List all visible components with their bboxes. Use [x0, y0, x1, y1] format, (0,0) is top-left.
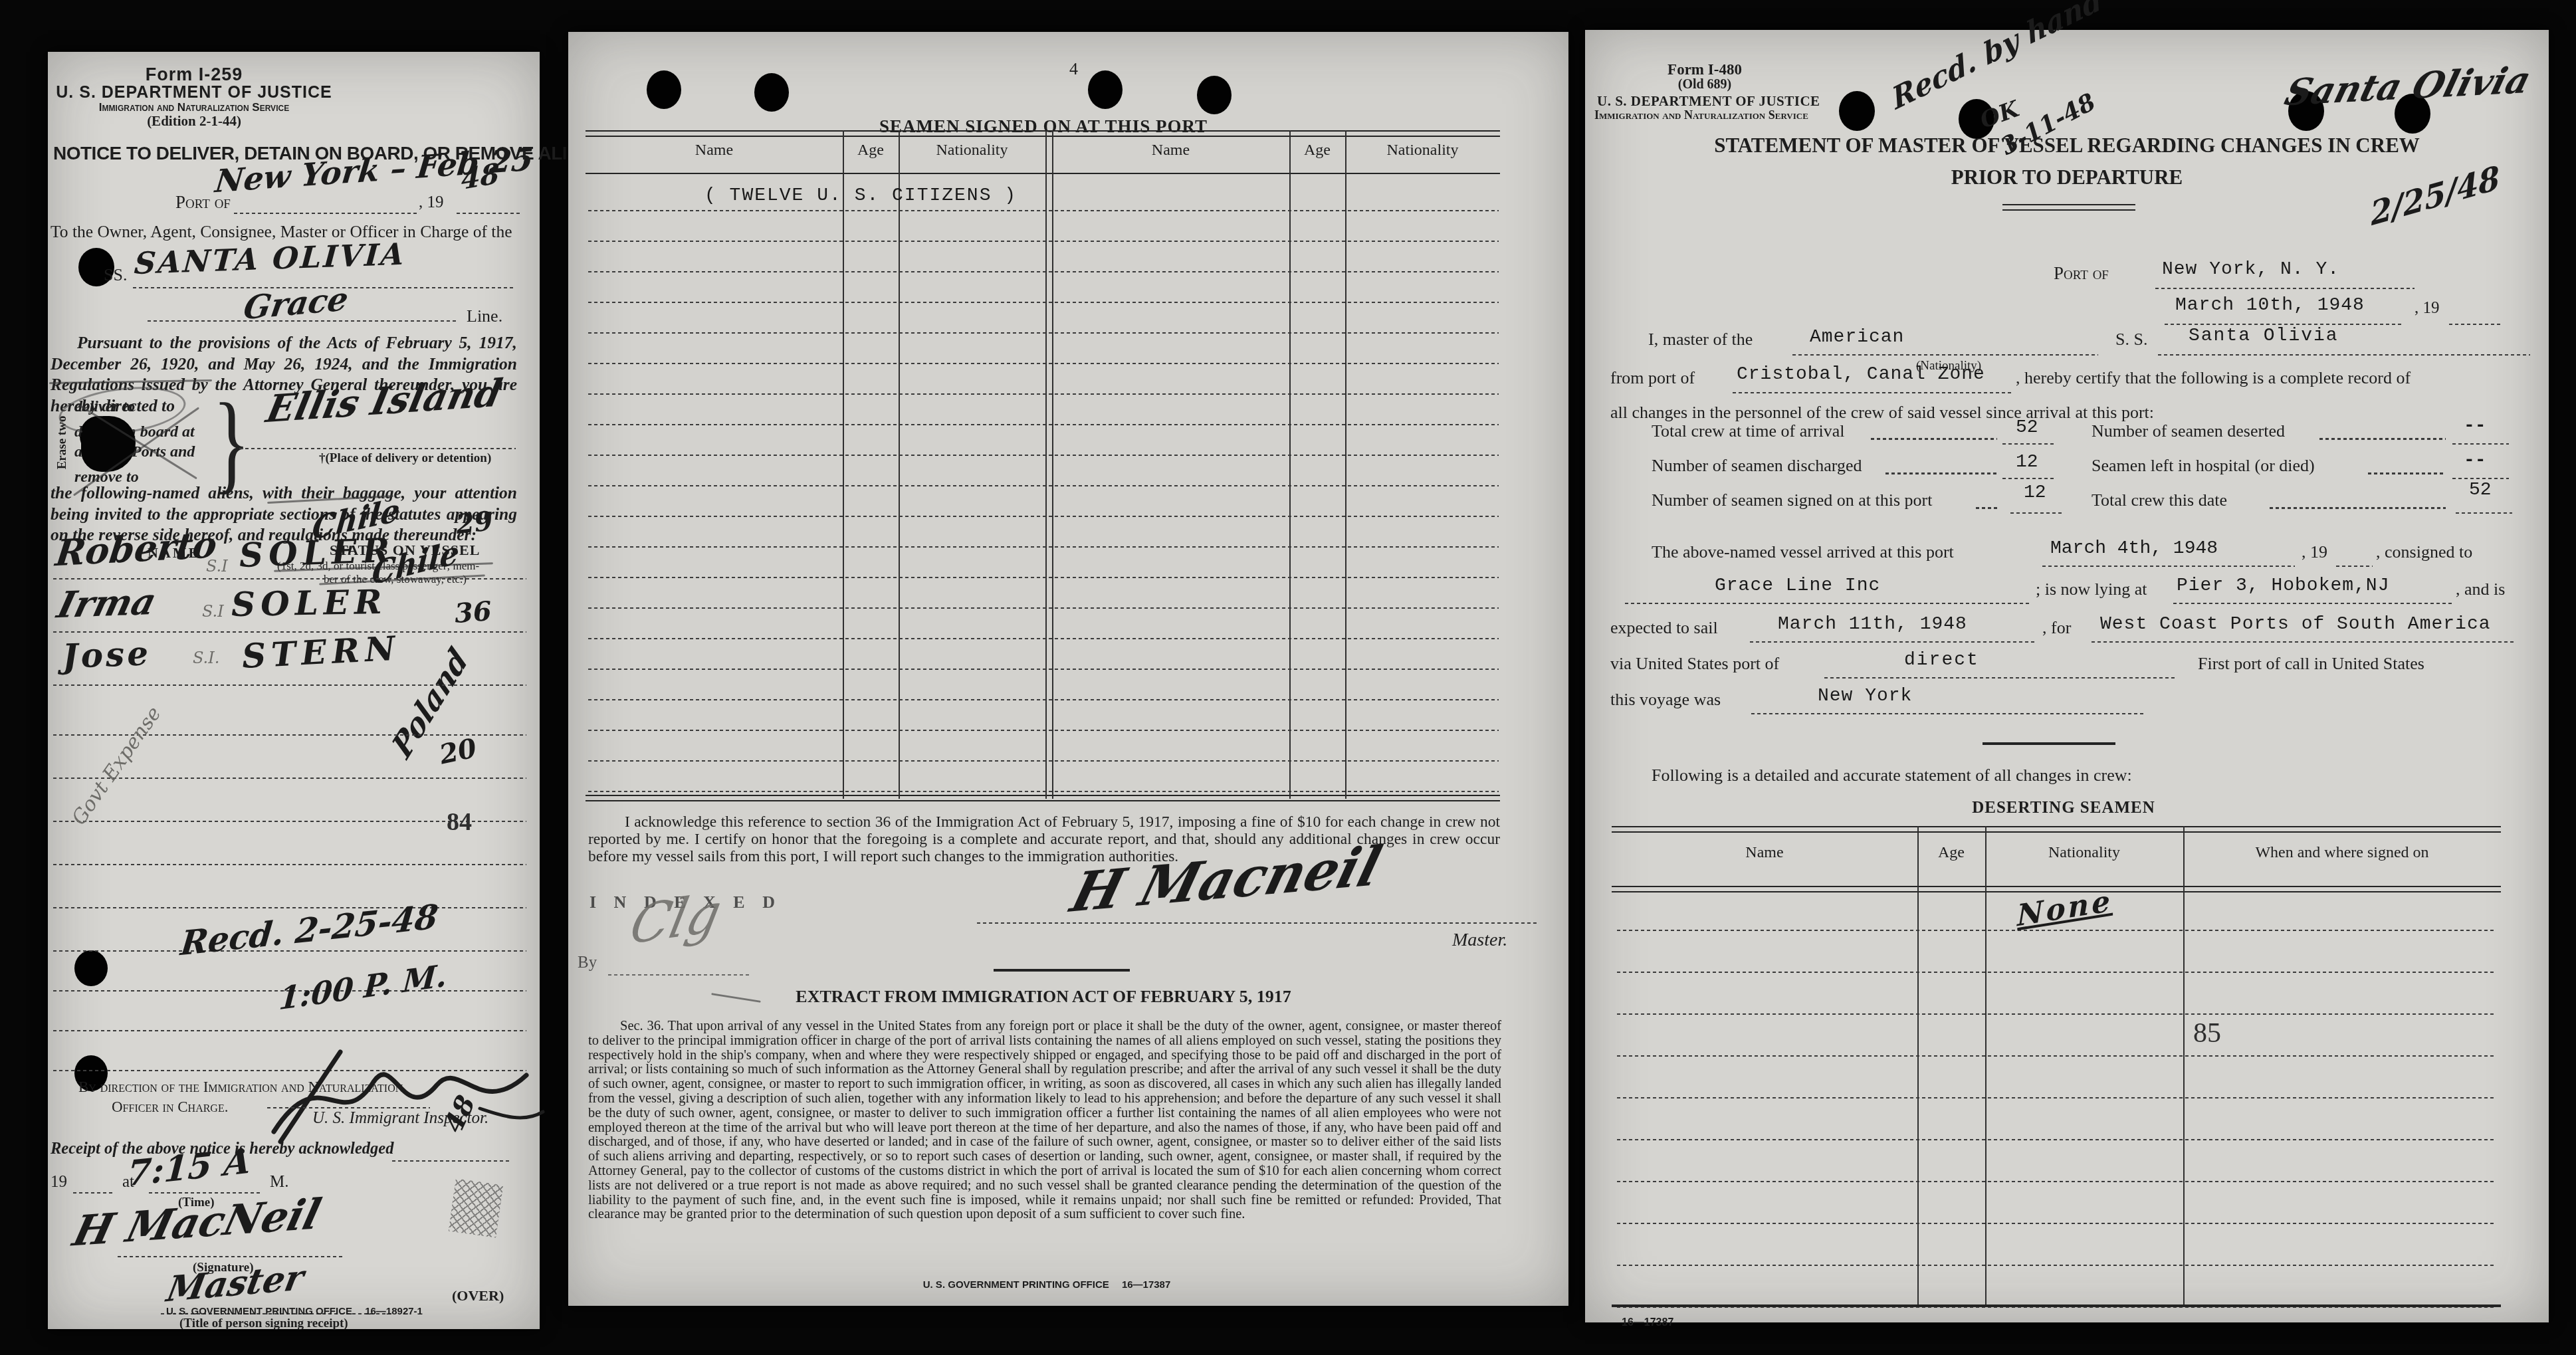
- entry-first-name: Roberto: [53, 523, 219, 574]
- stat-value: 52: [2016, 418, 2038, 437]
- receipt-time-line: [149, 1192, 262, 1194]
- table-row-line: [588, 210, 1499, 211]
- table-row-line: [53, 578, 526, 579]
- master-signature-line: [977, 922, 1539, 924]
- year-printed: , 19: [2415, 300, 2440, 317]
- table-row-line: [588, 607, 1499, 609]
- punch-hole: [1088, 70, 1123, 109]
- title-handwritten: Master: [163, 1257, 307, 1310]
- master-signature-handwritten: H MacNeil: [68, 1189, 326, 1255]
- column-header-nationality: Nationality: [1985, 845, 2183, 861]
- table-row-line: [1617, 930, 2494, 931]
- nationality-value: American: [1810, 328, 1904, 347]
- ss-label: S. S.: [2115, 330, 2147, 348]
- leader: [2270, 507, 2446, 509]
- table-row-line: [1617, 1013, 2494, 1015]
- table-row-line: [1617, 1181, 2494, 1182]
- column-header-name: Name: [586, 142, 843, 159]
- table-column-line: [2183, 826, 2185, 1306]
- line-line: [148, 320, 459, 322]
- entry-annotation: S.I: [202, 602, 224, 621]
- answer-line: [2010, 512, 2064, 514]
- table-row-line: [588, 577, 1499, 578]
- date-line: [2165, 324, 2404, 325]
- form-i259-page: Form I-259 U. S. DEPARTMENT OF JUSTICE I…: [48, 52, 540, 1329]
- answer-line: [2002, 443, 2056, 445]
- arrived-line: [2042, 566, 2295, 567]
- arrived-date: March 4th, 1948: [2050, 539, 2218, 558]
- voyage-label: this voyage was: [1610, 690, 1721, 708]
- master-label: Master.: [1452, 930, 1507, 950]
- inspector-signature: [261, 1045, 546, 1145]
- table-header-rule: [586, 173, 1500, 174]
- table-row-line: [588, 332, 1499, 334]
- column-header-signed-on: When and where signed on: [2183, 845, 2501, 861]
- stat-value: --: [2464, 417, 2486, 436]
- receipt-year-line: [73, 1192, 113, 1194]
- year-line: [2449, 324, 2502, 325]
- for-label: , for: [2042, 619, 2071, 637]
- answer-line: [2002, 478, 2056, 479]
- table-row-line: [588, 241, 1499, 242]
- year-handwritten: 48: [461, 156, 500, 196]
- from-port-label: from port of: [1610, 369, 1695, 387]
- vessel-name-handwritten: Santa Olivia: [2280, 58, 2535, 114]
- punch-hole: [754, 73, 789, 112]
- scanned-documents-canvas: Form I-259 U. S. DEPARTMENT OF JUSTICE I…: [0, 0, 2576, 1355]
- stat-label: Total crew this date: [2092, 491, 2227, 509]
- stat-label: Total crew at time of arrival: [1652, 422, 1845, 440]
- and-is-label: , and is: [2456, 580, 2505, 598]
- table-row-line: [1617, 1265, 2494, 1266]
- received-handwritten: Recd. 2-25-48: [179, 896, 440, 964]
- voyage-line: [1751, 713, 2143, 714]
- table-row-line: [588, 516, 1499, 517]
- sail-value: March 11th, 1948: [1778, 615, 1967, 634]
- leader: [1871, 438, 1997, 440]
- stat-label: Number of seamen discharged: [1652, 457, 1862, 474]
- table-row-line: [588, 699, 1499, 700]
- place-caption: †(Place of delivery or detention): [319, 452, 491, 465]
- answer-line: [2456, 512, 2512, 514]
- column-header-nationality: Nationality: [899, 142, 1045, 159]
- lying-value: Pier 3, Hobokem,NJ: [2177, 576, 2389, 595]
- table-row-line: [53, 778, 526, 779]
- via-label: via United States port of: [1610, 655, 1779, 673]
- year-line: [457, 213, 520, 214]
- table-row-line: [1617, 1223, 2494, 1224]
- stat-label: Seamen left in hospital (or died): [2092, 457, 2315, 474]
- department-name: U. S. DEPARTMENT OF JUSTICE: [1597, 94, 1820, 108]
- table-row-line: [588, 730, 1499, 731]
- table-column-line: [1917, 826, 1919, 1306]
- port-line: [2155, 288, 2415, 289]
- ss-value: Santa Olivia: [2189, 326, 2339, 346]
- separator-rule: [1983, 742, 2115, 745]
- column-header-nationality2: Nationality: [1345, 142, 1500, 159]
- line-label: Line.: [467, 307, 502, 325]
- form-footer: 16—17387: [1622, 1318, 1673, 1329]
- table-row-line: [588, 363, 1499, 364]
- consignee-line: [1625, 603, 2030, 604]
- form-number: Form I-259: [88, 65, 300, 84]
- port-value: New York, N. Y.: [2162, 260, 2339, 279]
- table-bottom-rule: [586, 795, 1500, 801]
- typed-crew-entry: ( TWELVE U. S. CITIZENS ): [704, 186, 1017, 205]
- following-line: Following is a detailed and accurate sta…: [1652, 766, 2132, 784]
- table-top-rule: [586, 130, 1500, 137]
- old-form-number: (Old 689): [1622, 78, 1788, 92]
- stat-value: 52: [2469, 480, 2492, 500]
- service-name: Immigration and Naturalization Service: [61, 102, 327, 114]
- table-row-line: [1617, 1139, 2494, 1140]
- printing-office-footer: U. S. GOVERNMENT PRINTING OFFICE 16—1892…: [166, 1306, 423, 1317]
- table-row-line: [1617, 1055, 2494, 1057]
- entry-last-name: STERN: [241, 629, 401, 676]
- table-row-line: [1617, 972, 2494, 973]
- signature-line: [118, 1256, 344, 1257]
- receipt-m: M.: [270, 1174, 288, 1191]
- leader: [2319, 438, 2446, 440]
- table-row-line: [588, 760, 1499, 762]
- table-row-line: [588, 393, 1499, 395]
- sail-label: expected to sail: [1610, 619, 1718, 637]
- form-number: Form I-480: [1622, 62, 1788, 78]
- stat-label: Number of seamen deserted: [2092, 422, 2285, 440]
- answer-line: [2452, 443, 2509, 445]
- arrived-year-line: [2336, 566, 2373, 567]
- port-label: Port of: [2054, 264, 2109, 282]
- entry-first-name: Irma: [53, 580, 161, 627]
- column-header-age2: Age: [1289, 142, 1345, 159]
- date-value: March 10th, 1948: [2175, 296, 2365, 315]
- statement-title-line2: PRIOR TO DEPARTURE: [1625, 167, 2509, 189]
- entry-annotation: S.I.: [193, 649, 219, 667]
- year-printed: , 19: [419, 194, 444, 211]
- entry-annotation: S.I: [206, 557, 228, 575]
- addressee-line: To the Owner, Agent, Consignee, Master o…: [51, 223, 526, 241]
- arrived-prefix: The above-named vessel arrived at this p…: [1652, 543, 1954, 561]
- table-row-line: [588, 485, 1499, 486]
- first-port-label: First port of call in United States: [2198, 655, 2424, 673]
- stat-label: Number of seamen signed on at this port: [1652, 491, 1932, 509]
- vessel-name-handwritten: SANTA OLIVIA: [133, 237, 407, 281]
- printing-office-footer: U. S. GOVERNMENT PRINTING OFFICE 16—1738…: [867, 1280, 1226, 1291]
- column-header-name: Name: [1612, 845, 1917, 861]
- stat-value: --: [2464, 451, 2486, 470]
- sec36-paragraph: Sec. 36. That upon arrival of any vessel…: [588, 1019, 1501, 1222]
- table-row-line: [588, 271, 1499, 272]
- statement-title-line1: STATEMENT OF MASTER OF VESSEL REGARDING …: [1625, 135, 2509, 157]
- consignee-value: Grace Line Inc: [1715, 576, 1880, 595]
- entry-age: 29: [455, 505, 494, 540]
- table-row-line: [53, 631, 526, 633]
- title-caption: (Title of person signing receipt): [179, 1317, 348, 1330]
- punch-hole: [1197, 76, 1232, 114]
- indexed-by-label: By: [578, 954, 597, 972]
- entry-age: 36: [453, 595, 492, 629]
- leader: [2368, 472, 2446, 474]
- column-header-age: Age: [843, 142, 899, 159]
- table-row-line: [588, 546, 1499, 548]
- answer-line: [2452, 478, 2509, 479]
- lying-line: [2173, 603, 2452, 604]
- punch-hole: [74, 950, 108, 986]
- certify-line2: all changes in the personnel of the crew…: [1610, 403, 2154, 421]
- receipt-year: 19: [51, 1174, 67, 1191]
- over-label: (OVER): [452, 1288, 504, 1303]
- pencil-crosshatch: [449, 1178, 503, 1237]
- consigned-label: , consigned to: [2376, 543, 2472, 561]
- page-number-stamp: 84: [447, 809, 472, 836]
- place-line: [239, 448, 516, 449]
- nationality-line: [1792, 354, 2098, 356]
- from-port-value: Cristobal, Canal Zone: [1737, 365, 1985, 384]
- edition-label: (Edition 2-1-44): [88, 114, 300, 128]
- form-i480-page: Form I-480 (Old 689) U. S. DEPARTMENT OF…: [1585, 30, 2549, 1322]
- table-row-line: [53, 864, 526, 865]
- seamen-signed-page: 4 SEAMEN SIGNED ON AT THIS PORT Name Age…: [568, 32, 1568, 1306]
- entry-first-name: Jose: [62, 633, 152, 676]
- master-prefix: I, master of the: [1648, 330, 1753, 348]
- voyage-value: New York: [1818, 686, 1912, 706]
- lying-label: ; is now lying at: [2036, 580, 2147, 598]
- punch-hole: [647, 70, 681, 109]
- service-name: Immigration and Naturalization Service: [1594, 109, 1808, 122]
- via-value: direct: [1904, 651, 1979, 670]
- table-header-rule: [1612, 886, 2501, 892]
- arrived-mid: , 19: [2302, 543, 2327, 561]
- column-header-age: Age: [1917, 845, 1985, 861]
- destination-line: [2092, 641, 2514, 643]
- sail-line: [1750, 641, 2036, 643]
- table-row-line: [588, 424, 1499, 425]
- table-row-line: [588, 638, 1499, 639]
- page-number-stamp: 85: [2193, 1019, 2221, 1048]
- by-direction-line2: Officer in Charge.: [112, 1099, 228, 1115]
- ss-line: [2158, 354, 2530, 356]
- table-row-line: [53, 907, 526, 908]
- receipt-line: [392, 1160, 510, 1162]
- table-row-line: [53, 684, 526, 686]
- via-line: [1824, 677, 2177, 678]
- table-row-line: [588, 791, 1499, 792]
- title-rule: [2002, 204, 2135, 211]
- port-line: [234, 213, 417, 214]
- table-row-line: [1617, 1097, 2494, 1098]
- table-row-line: [53, 1030, 526, 1031]
- table-row-line: [588, 302, 1499, 303]
- punch-hole: [1839, 91, 1875, 131]
- table-row-line: [588, 455, 1499, 456]
- entry-age: 20: [437, 732, 479, 771]
- indexed-by-line: [608, 974, 751, 976]
- table-bottom-rule: [1612, 1304, 2501, 1307]
- ss-label: SS.: [104, 266, 127, 284]
- table-top-rule: [1612, 826, 2501, 833]
- table-row-line: [588, 669, 1499, 670]
- separator-rule: [994, 969, 1130, 972]
- extract-title: EXTRACT FROM IMMIGRATION ACT OF FEBRUARY…: [734, 988, 1352, 1005]
- destination-value: West Coast Ports of South America: [2100, 615, 2491, 634]
- leader: [1976, 507, 1997, 509]
- pencil-note: Govt Expense: [67, 702, 165, 829]
- page-number: 4: [1069, 60, 1078, 78]
- certify-suffix: , hereby certify that the following is a…: [2016, 369, 2411, 387]
- department-name: U. S. DEPARTMENT OF JUSTICE: [48, 84, 340, 101]
- stat-value: 12: [2024, 483, 2046, 502]
- stat-value: 12: [2016, 453, 2038, 472]
- table-column-line: [1985, 826, 1986, 1306]
- column-header-name2: Name: [1052, 142, 1289, 159]
- from-port-line: [1733, 392, 2012, 393]
- entry-last-name: SOLER: [231, 582, 387, 624]
- deserting-seamen-title: DESERTING SEAMEN: [1851, 799, 2276, 817]
- received-time-handwritten: 1:00 P. M.: [278, 957, 448, 1017]
- leader: [1885, 472, 1997, 474]
- inspector-signature-line: [267, 1107, 430, 1108]
